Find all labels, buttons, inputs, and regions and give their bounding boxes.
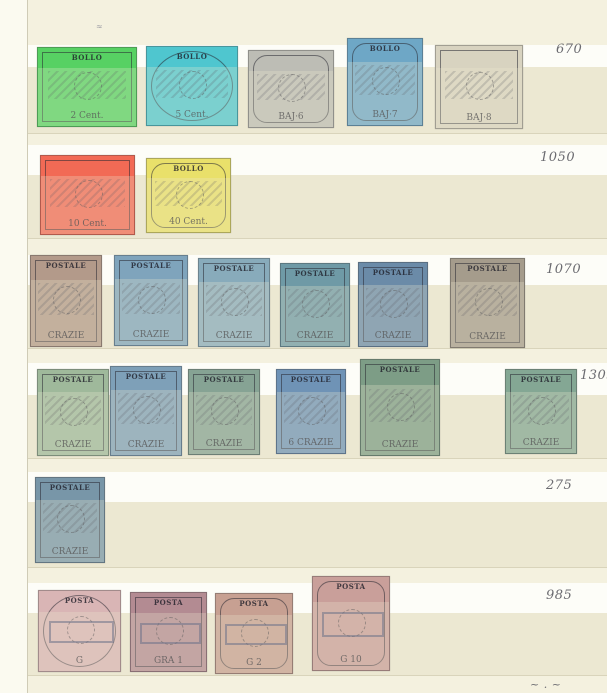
stock-row-5 [28, 472, 607, 567]
stamp-inscription-top: POSTALE [361, 365, 439, 374]
stamp-inscription-top: BOLLO [147, 164, 230, 173]
stamp: POSTALECRAZIE [360, 359, 440, 456]
stamp-inscription-top: BOLLO [147, 52, 237, 61]
stamp-inscription-top: POSTALE [31, 261, 101, 270]
stamp: 10 Cent. [40, 155, 135, 235]
stamp-inscription-top: POSTALE [115, 261, 187, 270]
pencil-mark: ≈ [96, 22, 103, 31]
price-row-3: 1070 [546, 262, 581, 277]
stamp-inscription-top: POSTALE [281, 269, 349, 278]
stamp: POSTALECRAZIE [35, 477, 105, 563]
stamp-inscription-top: POSTA [131, 598, 206, 607]
stamp: POSTALECRAZIE [505, 369, 577, 454]
stamp-inscription-top: POSTA [313, 582, 389, 591]
stamp: BOLLO5 Cent. [146, 46, 238, 126]
footer-pencil-note: ~ . ~ [530, 678, 561, 691]
stamp-inscription-top: BOLLO [348, 44, 422, 53]
stamp: POSTALECRAZIE [37, 369, 109, 456]
stamp-inscription-top: POSTALE [277, 375, 345, 384]
stamp: POSTALECRAZIE [280, 263, 350, 347]
stamp: BOLLO2 Cent. [37, 47, 137, 127]
stamp: POSTALE6 CRAZIE [276, 369, 346, 454]
stamp-inscription-top: POSTALE [36, 483, 104, 492]
stamp: POSTALECRAZIE [188, 369, 260, 455]
stamp: BAJ·6 [248, 50, 334, 128]
price-row-4: 1305 [580, 368, 607, 383]
stamp-inscription-top: POSTALE [506, 375, 576, 384]
stamp: POSTALECRAZIE [30, 255, 102, 347]
stamp: POSTALECRAZIE [114, 255, 188, 346]
price-row-2: 1050 [540, 150, 575, 165]
stamp: POSTALECRAZIE [198, 258, 270, 347]
stamp-inscription-top: POSTALE [359, 268, 427, 277]
stamp-inscription-top: POSTA [39, 596, 120, 605]
stamp-inscription-top: POSTALE [111, 372, 181, 381]
stamp: POSTAG 2 [215, 593, 293, 674]
price-row-5: 275 [546, 478, 572, 493]
stamp: POSTALECRAZIE [110, 366, 182, 456]
price-row-1: 670 [556, 42, 582, 57]
stamp: POSTAG 10 [312, 576, 390, 671]
stamp-inscription-top: POSTALE [189, 375, 259, 384]
stamp: POSTALECRAZIE [358, 262, 428, 347]
stamp-inscription-top: POSTA [216, 599, 292, 608]
stamp: POSTAGRA 1 [130, 592, 207, 672]
stamp-inscription-top: POSTALE [38, 375, 108, 384]
page-left-margin [0, 0, 28, 693]
stamp: POSTAG [38, 590, 121, 672]
stamp: BOLLOBAJ·7 [347, 38, 423, 126]
price-row-6: 985 [546, 588, 572, 603]
stamp: POSTALECRAZIE [450, 258, 525, 348]
stamp: BAJ·8 [435, 45, 523, 129]
stamp-inscription-top: POSTALE [199, 264, 269, 273]
stamp-inscription-top: BOLLO [38, 53, 136, 62]
stamp-inscription-top: POSTALE [451, 264, 524, 273]
stamp: BOLLO40 Cent. [146, 158, 231, 233]
